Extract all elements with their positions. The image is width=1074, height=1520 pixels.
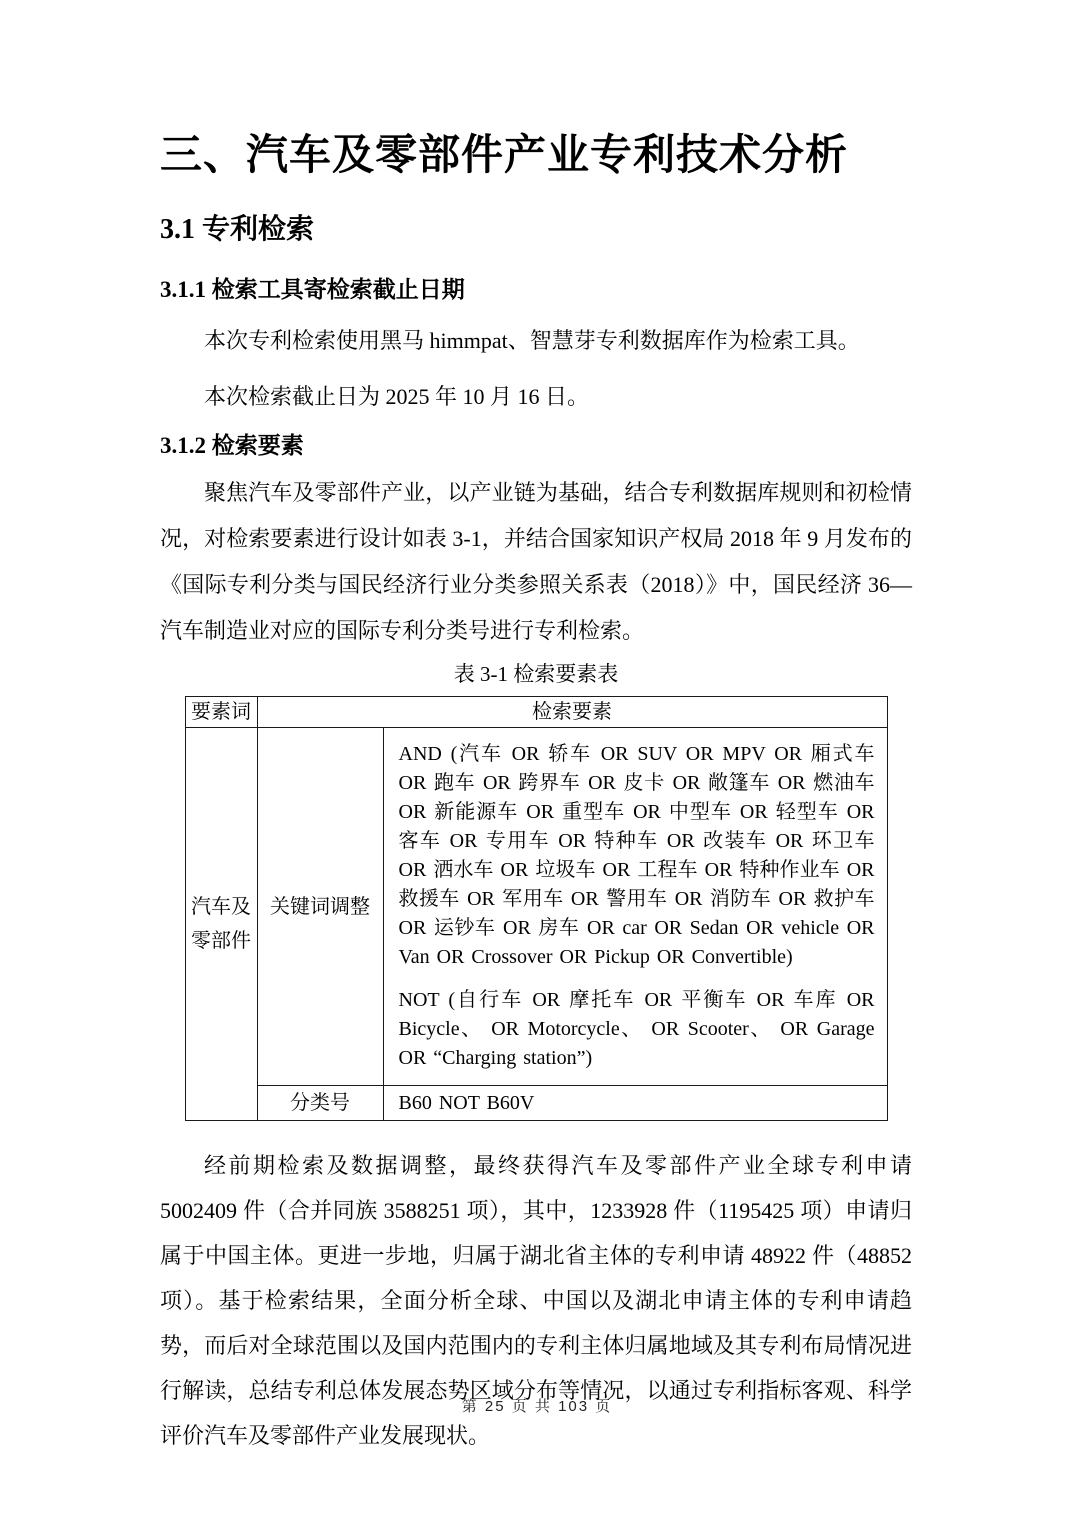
table-value-keywords: AND (汽车 OR 轿车 OR SUV OR MPV OR 厢式车 OR 跑车… [383,728,887,1086]
paragraph-cutoff-date: 本次检索截止日为 2025 年 10 月 16 日。 [160,382,912,412]
table-classification-row: 分类号 B60 NOT B60V [185,1086,887,1121]
table-header-element-word: 要素词 [185,697,257,728]
table-row-label-auto-parts: 汽车及零部件 [185,728,257,1121]
table-header-search-element: 检索要素 [257,697,887,728]
search-elements-table: 要素词 检索要素 汽车及零部件 关键词调整 AND (汽车 OR 轿车 OR S… [185,696,888,1121]
paragraph-search-tools: 本次专利检索使用黑马 himmpat、智慧芽专利数据库作为检索工具。 [160,326,912,356]
heading-3-1: 3.1 专利检索 [160,214,912,246]
document-page: 三、汽车及零部件产业专利技术分析 3.1 专利检索 3.1.1 检索工具寄检索截… [0,0,1074,1520]
keyword-not-clause: NOT (自行车 OR 摩托车 OR 平衡车 OR 车库 OR Bicycle、… [399,986,875,1073]
keyword-and-clause: AND (汽车 OR 轿车 OR SUV OR MPV OR 厢式车 OR 跑车… [399,740,875,972]
table-caption: 表 3-1 检索要素表 [160,660,912,688]
table-value-classification: B60 NOT B60V [383,1086,887,1121]
page-number-footer: 第 25 页 共 103 页 [0,1395,1074,1416]
table-header-row: 要素词 检索要素 [185,697,887,728]
table-key-keyword-adjustment: 关键词调整 [257,728,383,1086]
table-key-classification: 分类号 [257,1086,383,1121]
paragraph-search-elements: 聚焦汽车及零部件产业，以产业链为基础，结合专利数据库规则和初检情况，对检索要素进… [160,470,912,654]
table-keyword-row: 汽车及零部件 关键词调整 AND (汽车 OR 轿车 OR SUV OR MPV… [185,728,887,1086]
document-content: 三、汽车及零部件产业专利技术分析 3.1 专利检索 3.1.1 检索工具寄检索截… [0,0,1074,1458]
page-title: 三、汽车及零部件产业专利技术分析 [160,128,912,184]
heading-3-1-1: 3.1.1 检索工具寄检索截止日期 [160,276,912,304]
heading-3-1-2: 3.1.2 检索要素 [160,432,912,460]
